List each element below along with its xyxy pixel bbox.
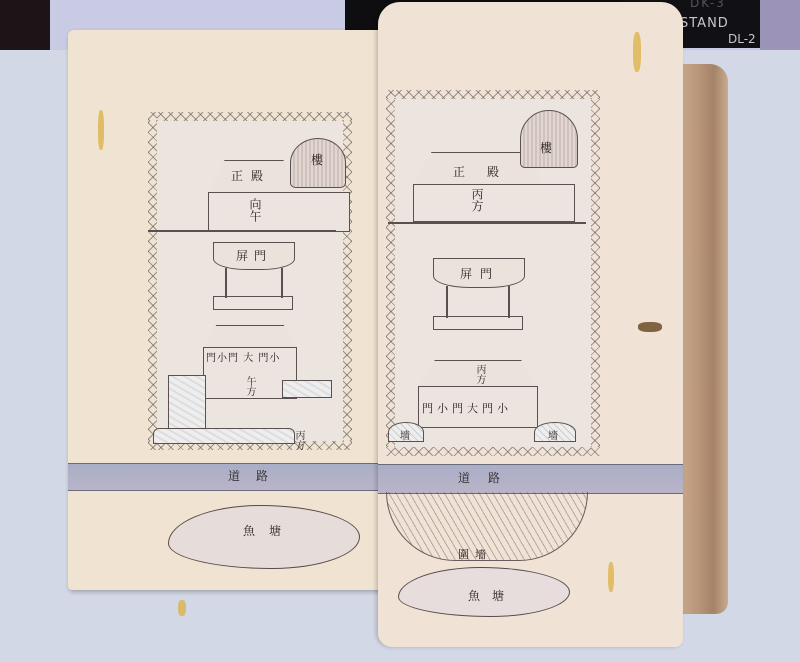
left-screen-gate-base	[213, 296, 293, 310]
right-wall-right-label: 墻	[548, 430, 558, 443]
right-gate-hall-doors: 門小門大門小	[422, 402, 512, 415]
right-road	[378, 464, 683, 494]
left-screen-gate-label: 屏門	[236, 250, 272, 263]
right-fish-pond-label: 魚塘	[468, 590, 516, 603]
water-stain	[633, 32, 641, 72]
right-enclosing-wall-label: 圍墻	[458, 548, 492, 561]
book-page-edges	[680, 64, 728, 614]
water-stain	[178, 600, 186, 616]
left-fish-pond-label: 魚塘	[243, 525, 295, 538]
water-stain	[608, 562, 614, 592]
right-screen-gate-label: 屏門	[460, 268, 500, 281]
water-stain	[638, 322, 662, 332]
right-main-hall-body	[413, 184, 575, 222]
left-gate-hall-orientation: 午方	[243, 376, 256, 396]
stand-label-stand: STAND	[680, 16, 729, 31]
stand-label-id: DL-2	[728, 32, 756, 46]
right-gate-pillar	[446, 286, 448, 318]
stand-tab	[760, 0, 800, 50]
left-main-hall-orientation: 向午	[248, 198, 261, 222]
right-wall-left-label: 墻	[400, 430, 410, 443]
left-divider-line	[148, 230, 336, 232]
left-gate-pillar	[281, 268, 283, 298]
right-screen-gate-base	[433, 316, 523, 330]
right-page: 正殿 丙方 樓 屏門 丙方 門小門大門小 墻 墻 道路 圍墻 魚塘	[378, 2, 683, 647]
right-main-hall-orientation: 丙方	[470, 188, 483, 212]
left-tower-label: 樓	[311, 154, 323, 167]
left-road-label: 道路	[228, 470, 284, 483]
left-gate-pillar	[225, 268, 227, 298]
left-page: 正殿 向午 樓 屏門 門小門 大 門小 午方 丙方 道路 魚塘	[68, 30, 388, 590]
water-stain	[98, 110, 104, 150]
right-gate-pillar	[508, 286, 510, 318]
left-main-hall-body	[208, 192, 350, 232]
left-gate-hall-roof	[203, 325, 297, 349]
left-wall-block	[168, 375, 206, 432]
right-tower	[520, 110, 578, 168]
left-main-hall-label: 正殿	[231, 170, 271, 183]
stand-label-code: DK-3	[690, 0, 726, 10]
right-divider-line	[388, 222, 586, 224]
right-gate-hall-orientation: 丙方	[473, 364, 486, 384]
dark-backdrop-left	[0, 0, 50, 50]
left-wall-block	[282, 380, 332, 398]
right-road-label: 道路	[458, 472, 518, 485]
right-main-hall-label: 正殿	[453, 166, 521, 179]
left-base-wall	[153, 428, 295, 444]
left-corner-label: 丙方	[292, 430, 305, 450]
right-tower-label: 樓	[540, 142, 552, 155]
left-gate-hall-doors: 門小門 大 門小	[206, 352, 280, 365]
